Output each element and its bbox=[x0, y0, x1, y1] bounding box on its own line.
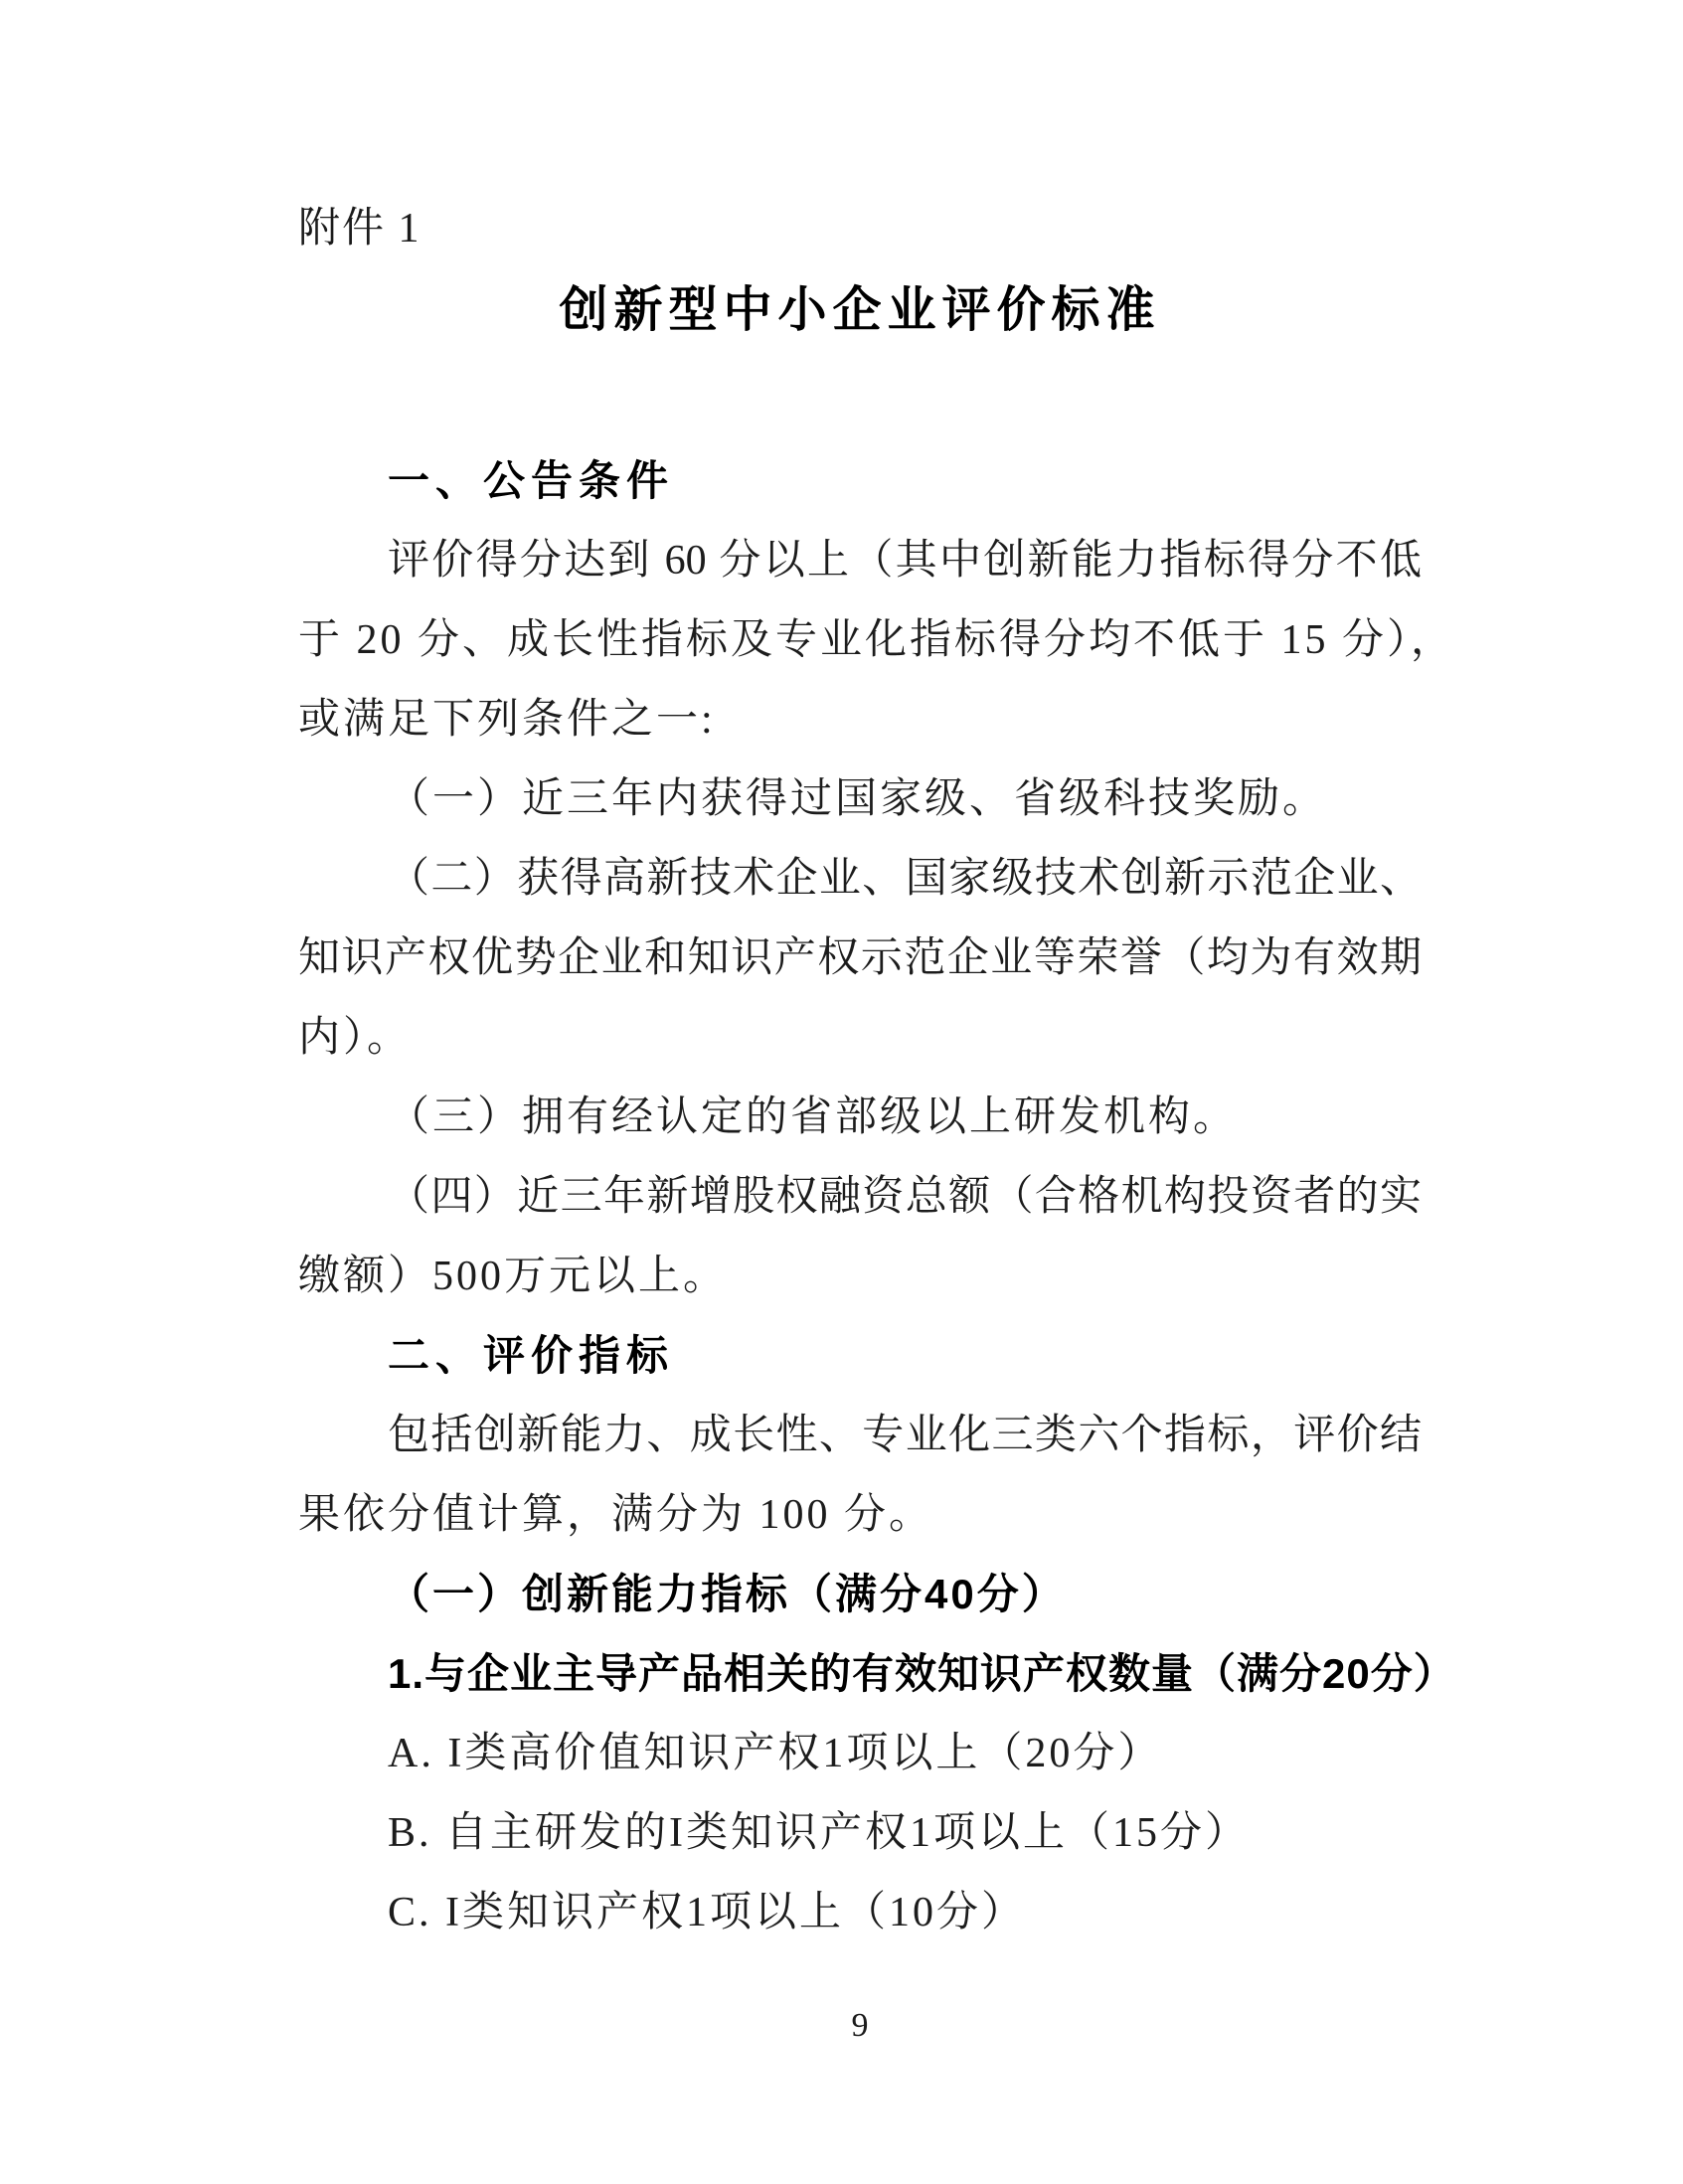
condition-line-3: （三）拥有经认定的省部级以上研发机构。 bbox=[298, 1078, 1422, 1157]
body-line: 果依分值计算，满分为 100 分。 bbox=[298, 1475, 1422, 1555]
document-title: 创新型中小企业评价标准 bbox=[298, 274, 1422, 346]
option-line-c: C. I类知识产权1项以上（10分） bbox=[298, 1873, 1422, 1952]
body-line: 于 20 分、成长性指标及专业化指标得分均不低于 15 分）， bbox=[298, 600, 1422, 680]
section-heading-evaluation-indicators: 二、评价指标 bbox=[298, 1316, 1422, 1396]
body-line: 内）。 bbox=[298, 998, 1422, 1078]
attachment-label: 附件 1 bbox=[298, 199, 1422, 258]
document-body: 一、公告条件 评价得分达到 60 分以上（其中创新能力指标得分不低 于 20 分… bbox=[298, 441, 1422, 1952]
condition-line-1: （一）近三年内获得过国家级、省级科技奖励。 bbox=[298, 759, 1422, 839]
section-heading-announcement-conditions: 一、公告条件 bbox=[298, 441, 1422, 521]
condition-line-4: （四）近三年新增股权融资总额（合格机构投资者的实 bbox=[298, 1157, 1422, 1237]
body-line: 包括创新能力、成长性、专业化三类六个指标，评价结 bbox=[298, 1396, 1422, 1475]
document-page: 附件 1 创新型中小企业评价标准 一、公告条件 评价得分达到 60 分以上（其中… bbox=[0, 0, 1683, 2184]
option-line-b: B. 自主研发的I类知识产权1项以上（15分） bbox=[298, 1793, 1422, 1873]
condition-line-2: （二）获得高新技术企业、国家级技术创新示范企业、 bbox=[298, 839, 1422, 919]
body-line: 缴额）500万元以上。 bbox=[298, 1237, 1422, 1316]
page-number: 9 bbox=[298, 2004, 1422, 2048]
body-line: 或满足下列条件之一: bbox=[298, 680, 1422, 759]
body-line: 评价得分达到 60 分以上（其中创新能力指标得分不低 bbox=[298, 521, 1422, 600]
subsection-heading-innovation-capability: （一）创新能力指标（满分40分） bbox=[298, 1555, 1422, 1634]
criterion-heading-ip-count: 1.与企业主导产品相关的有效知识产权数量（满分20分） bbox=[298, 1634, 1422, 1714]
body-line: 知识产权优势企业和知识产权示范企业等荣誉（均为有效期 bbox=[298, 919, 1422, 998]
option-line-a: A. I类高价值知识产权1项以上（20分） bbox=[298, 1714, 1422, 1793]
